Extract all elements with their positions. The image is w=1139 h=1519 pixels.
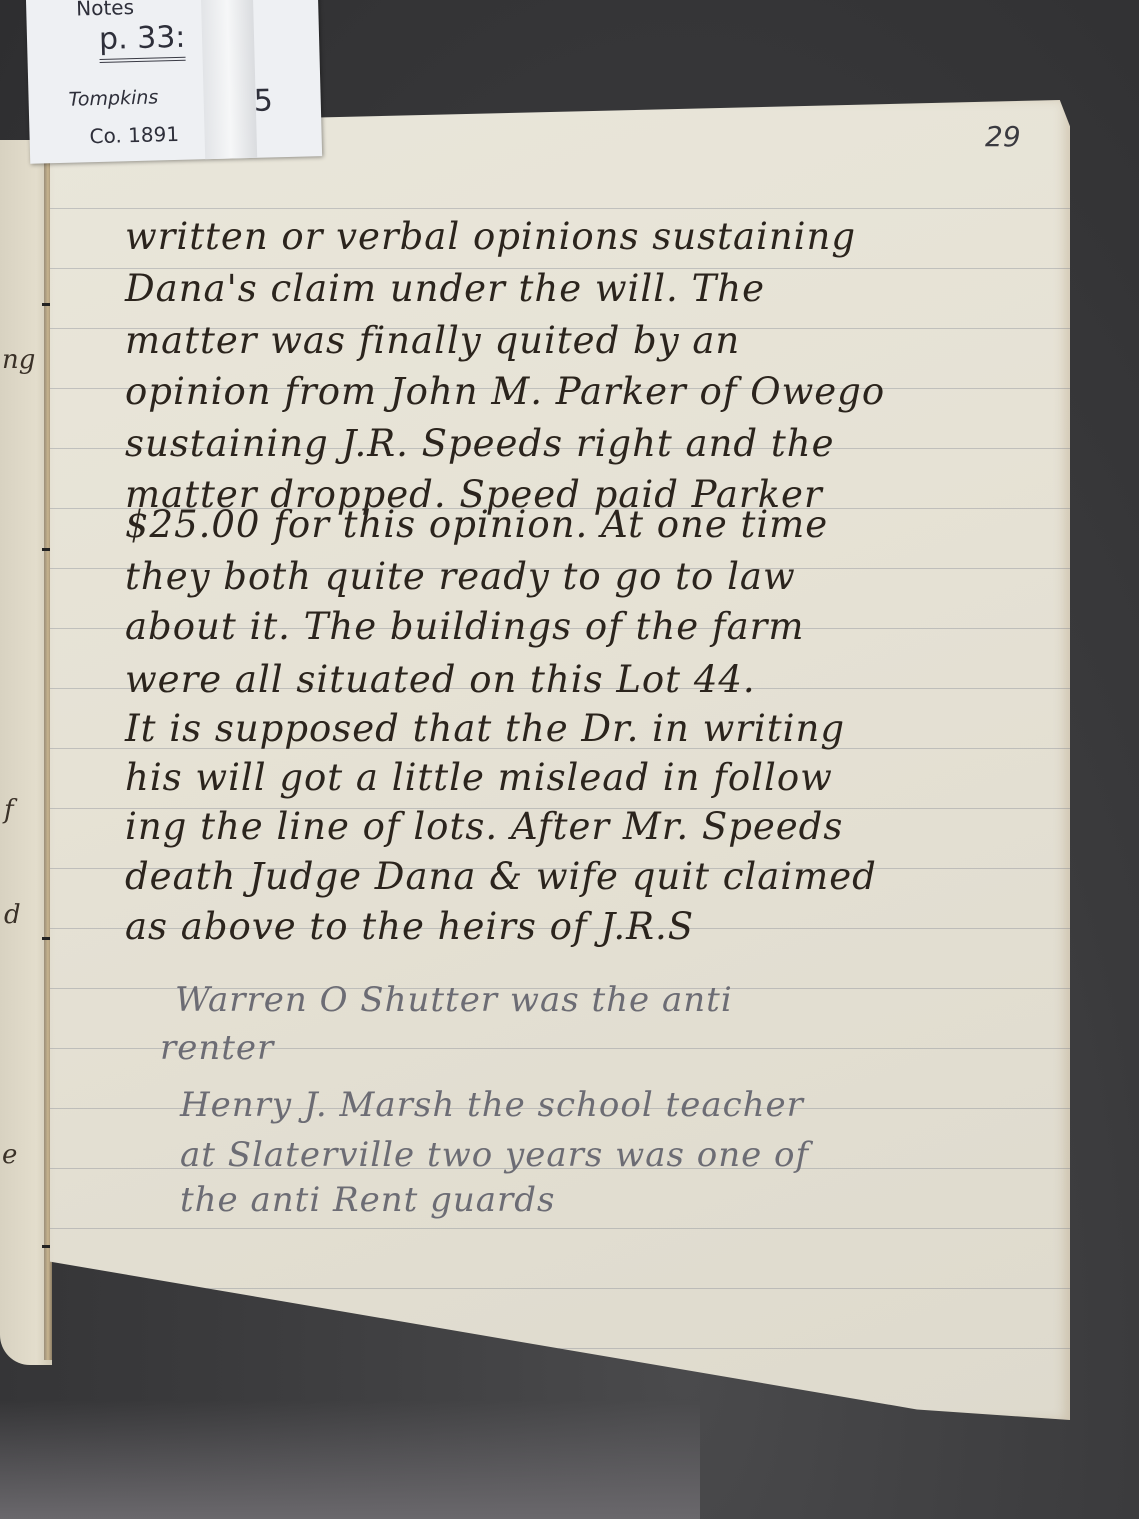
sticky-note-page-ref: p. 33:: [99, 20, 186, 63]
left-page-fragment: e: [2, 1140, 17, 1170]
sticky-note-name: Tompkins: [68, 86, 158, 110]
left-page-fragment: f: [4, 795, 14, 825]
pencil-note-line: the anti Rent guards: [180, 1180, 556, 1220]
sticky-note: Notes p. 33: Tompkins 5 Co. 1891: [26, 0, 322, 164]
sticky-note-fold: [201, 0, 257, 159]
handwritten-line: written or verbal opinions sustaining: [125, 215, 856, 258]
pencil-note-line: Warren O Shutter was the anti: [175, 980, 733, 1020]
pencil-note-line: at Slaterville two years was one of: [180, 1135, 809, 1175]
handwritten-line: as above to the heirs of J.R.S: [125, 905, 694, 948]
page-number: 29: [985, 120, 1021, 153]
sticky-note-number: 5: [253, 83, 273, 118]
handwritten-line: It is supposed that the Dr. in writing: [125, 707, 845, 750]
left-page-fragment: d: [4, 900, 21, 930]
handwritten-line: were all situated on this Lot 44.: [125, 658, 756, 701]
ruled-line: [50, 1288, 1070, 1289]
ruled-line: [50, 1348, 1070, 1349]
ruled-line: [50, 1228, 1070, 1229]
handwritten-line: sustaining J.R. Speeds right and the: [125, 422, 834, 465]
handwritten-line: Dana's claim under the will. The: [125, 267, 765, 310]
handwritten-line: about it. The buildings of the farm: [125, 605, 804, 648]
handwritten-line: his will got a little mislead in follow: [125, 756, 833, 799]
table-surface-shadow: [0, 1400, 700, 1519]
pencil-note-line: Henry J. Marsh the school teacher: [180, 1085, 804, 1125]
handwritten-line: opinion from John M. Parker of Owego: [125, 370, 885, 413]
handwritten-line: death Judge Dana & wife quit claimed: [125, 855, 877, 898]
sticky-note-header: Notes: [76, 0, 134, 21]
handwritten-line: matter was finally quited by an: [125, 319, 740, 362]
handwritten-line: $25.00 for this opinion. At one time: [125, 503, 828, 546]
left-page-fragment: ng: [2, 345, 35, 375]
notebook-page: 29 written or verbal opinions sustaining…: [50, 100, 1070, 1420]
ruled-line: [50, 208, 1070, 209]
handwritten-line: they both quite ready to go to law: [125, 555, 796, 598]
pencil-note-line: renter: [160, 1028, 274, 1068]
handwritten-line: ing the line of lots. After Mr. Speeds: [125, 805, 843, 848]
sticky-note-footer: Co. 1891: [89, 122, 179, 148]
